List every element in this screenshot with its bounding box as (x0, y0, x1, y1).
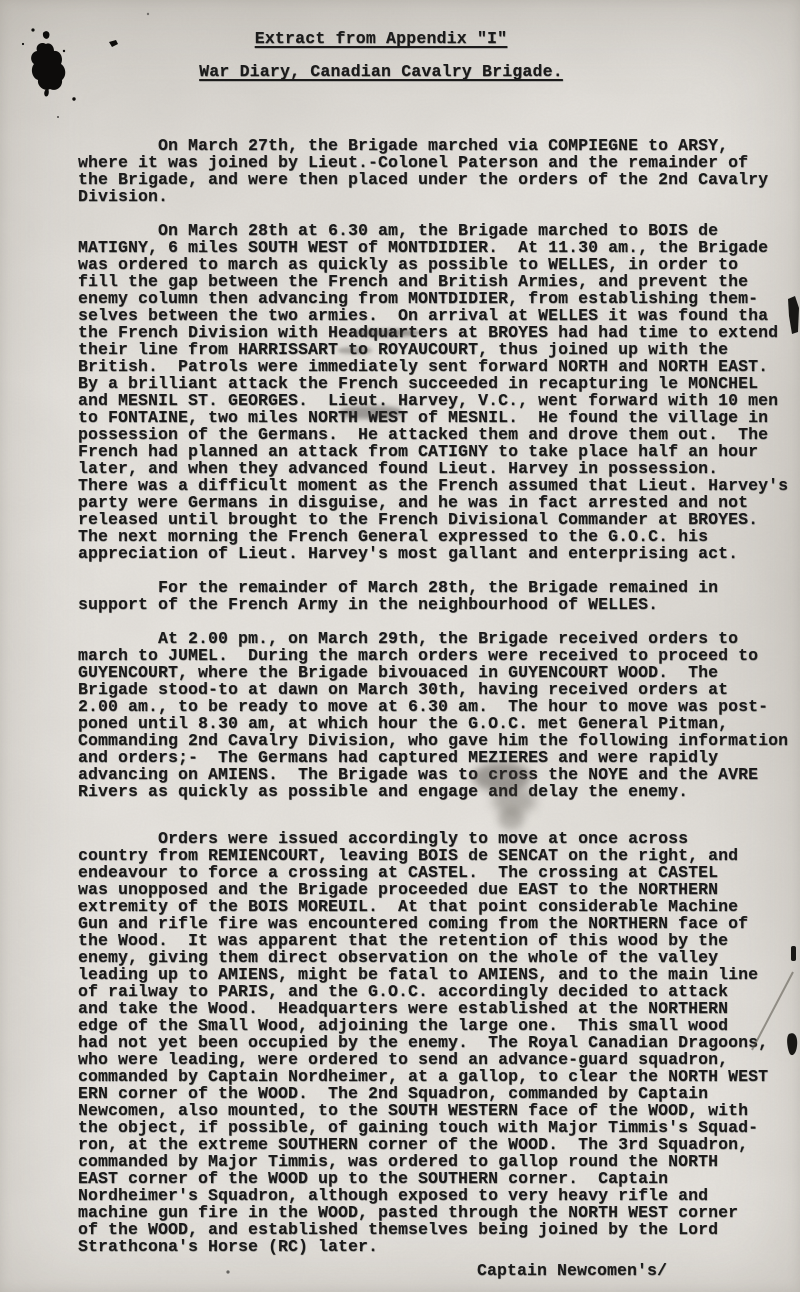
document-body: On March 27th, the Brigade marched via C… (78, 137, 798, 1272)
page-title: Extract from Appendix "I" (255, 29, 508, 48)
paragraph-march-29-30: At 2.00 pm., on March 29th, the Brigade … (78, 630, 798, 800)
document-page: Extract from Appendix "I" War Diary, Can… (0, 0, 800, 1292)
paragraph-march-27: On March 27th, the Brigade marched via C… (78, 137, 798, 205)
paragraph-march-28-remainder: For the remainder of March 28th, the Bri… (78, 579, 798, 613)
paragraph-march-28: On March 28th at 6.30 am, the Brigade ma… (78, 222, 798, 562)
footer-catchword: Captain Newcomen's/ (477, 1261, 667, 1280)
paragraph-moreuil-attack: Orders were issued accordingly to move a… (78, 830, 798, 1255)
page-subtitle: War Diary, Canadian Cavalry Brigade. (199, 62, 563, 81)
